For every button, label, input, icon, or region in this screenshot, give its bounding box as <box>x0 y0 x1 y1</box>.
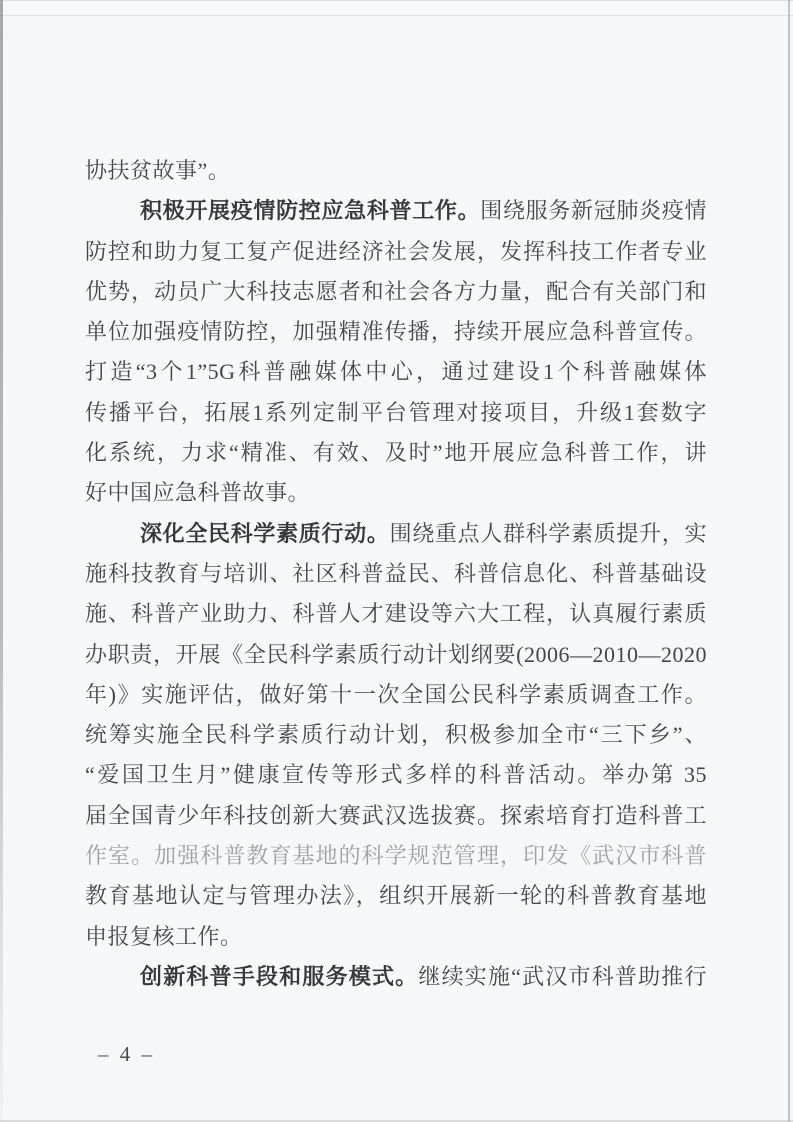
text-line: 传播平台，拓展1系列定制平台管理对接项目，升级1套数字 <box>85 393 707 433</box>
scan-edge-left <box>0 0 3 1122</box>
text-line: 届全国青少年科技创新大赛武汉选拔赛。探索培育打造科普工 <box>85 796 707 836</box>
text-line: 深化全民科学素质行动。围绕重点人群科学素质提升，实 <box>85 514 707 554</box>
lead-sentence: 创新科普手段和服务模式。 <box>140 964 418 989</box>
text-line: 申报复核工作。 <box>85 917 707 957</box>
text-line: 教育基地认定与管理办法》，组织开展新一轮的科普教育基地 <box>85 876 707 916</box>
scan-edge-top <box>0 0 793 1</box>
text-line: 防控和助力复工复产促进经济社会发展，发挥科技工作者专业 <box>85 232 707 272</box>
text-line: 作室。加强科普教育基地的科学规范管理，印发《武汉市科普 <box>85 836 707 876</box>
line-text: 围绕服务新冠肺炎疫情 <box>480 198 707 223</box>
text-line: 施科技教育与培训、社区科普益民、科普信息化、科普基础设 <box>85 554 707 594</box>
para-innovate-services: 创新科普手段和服务模式。继续实施“武汉市科普助推行 <box>85 957 707 997</box>
text-line: 积极开展疫情防控应急科普工作。围绕服务新冠肺炎疫情 <box>85 191 707 231</box>
text-line: 单位加强疫情防控，加强精准传播，持续开展应急科普宣传。 <box>85 312 707 352</box>
document-body: 协扶贫故事”。积极开展疫情防控应急科普工作。围绕服务新冠肺炎疫情防控和助力复工复… <box>85 151 707 997</box>
scan-edge-right <box>788 0 790 1122</box>
line-text: 继续实施“武汉市科普助推行 <box>418 964 707 989</box>
text-line: 施、科普产业助力、科普人才建设等六大工程，认真履行素质 <box>85 594 707 634</box>
text-line: 打造“3个1”5G科普融媒体中心，通过建设1个科普融媒体 <box>85 352 707 392</box>
text-line: 统筹实施全民科学素质行动计划，积极参加全市“三下乡”、 <box>85 715 707 755</box>
text-line: 好中国应急科普故事。 <box>85 473 707 513</box>
text-line: 创新科普手段和服务模式。继续实施“武汉市科普助推行 <box>85 957 707 997</box>
lead-sentence: 深化全民科学素质行动。 <box>140 521 390 546</box>
lead-sentence: 积极开展疫情防控应急科普工作。 <box>140 198 480 223</box>
text-line: 办职责，开展《全民科学素质行动计划纲要(2006—2010—2020 <box>85 635 707 675</box>
text-line: 化系统，力求“精准、有效、及时”地开展应急科普工作，讲 <box>85 433 707 473</box>
text-line: 年)》实施评估，做好第十一次全国公民科学素质调查工作。 <box>85 675 707 715</box>
line-text: 围绕重点人群科学素质提升，实 <box>390 521 707 546</box>
text-line: 协扶贫故事”。 <box>85 151 707 191</box>
para-continuation: 协扶贫故事”。 <box>85 151 707 191</box>
text-line: 优势，动员广大科技志愿者和社会各方力量，配合有关部门和 <box>85 272 707 312</box>
para-science-literacy: 深化全民科学素质行动。围绕重点人群科学素质提升，实施科技教育与培训、社区科普益民… <box>85 514 707 957</box>
page-number: – 4 – <box>98 1042 155 1067</box>
text-line: “爱国卫生月”健康宣传等形式多样的科普活动。举办第 35 <box>85 755 707 795</box>
scan-streak <box>0 15 793 16</box>
para-emergency-scipop: 积极开展疫情防控应急科普工作。围绕服务新冠肺炎疫情防控和助力复工复产促进经济社会… <box>85 191 707 513</box>
scanned-document-page: 协扶贫故事”。积极开展疫情防控应急科普工作。围绕服务新冠肺炎疫情防控和助力复工复… <box>0 0 793 1122</box>
